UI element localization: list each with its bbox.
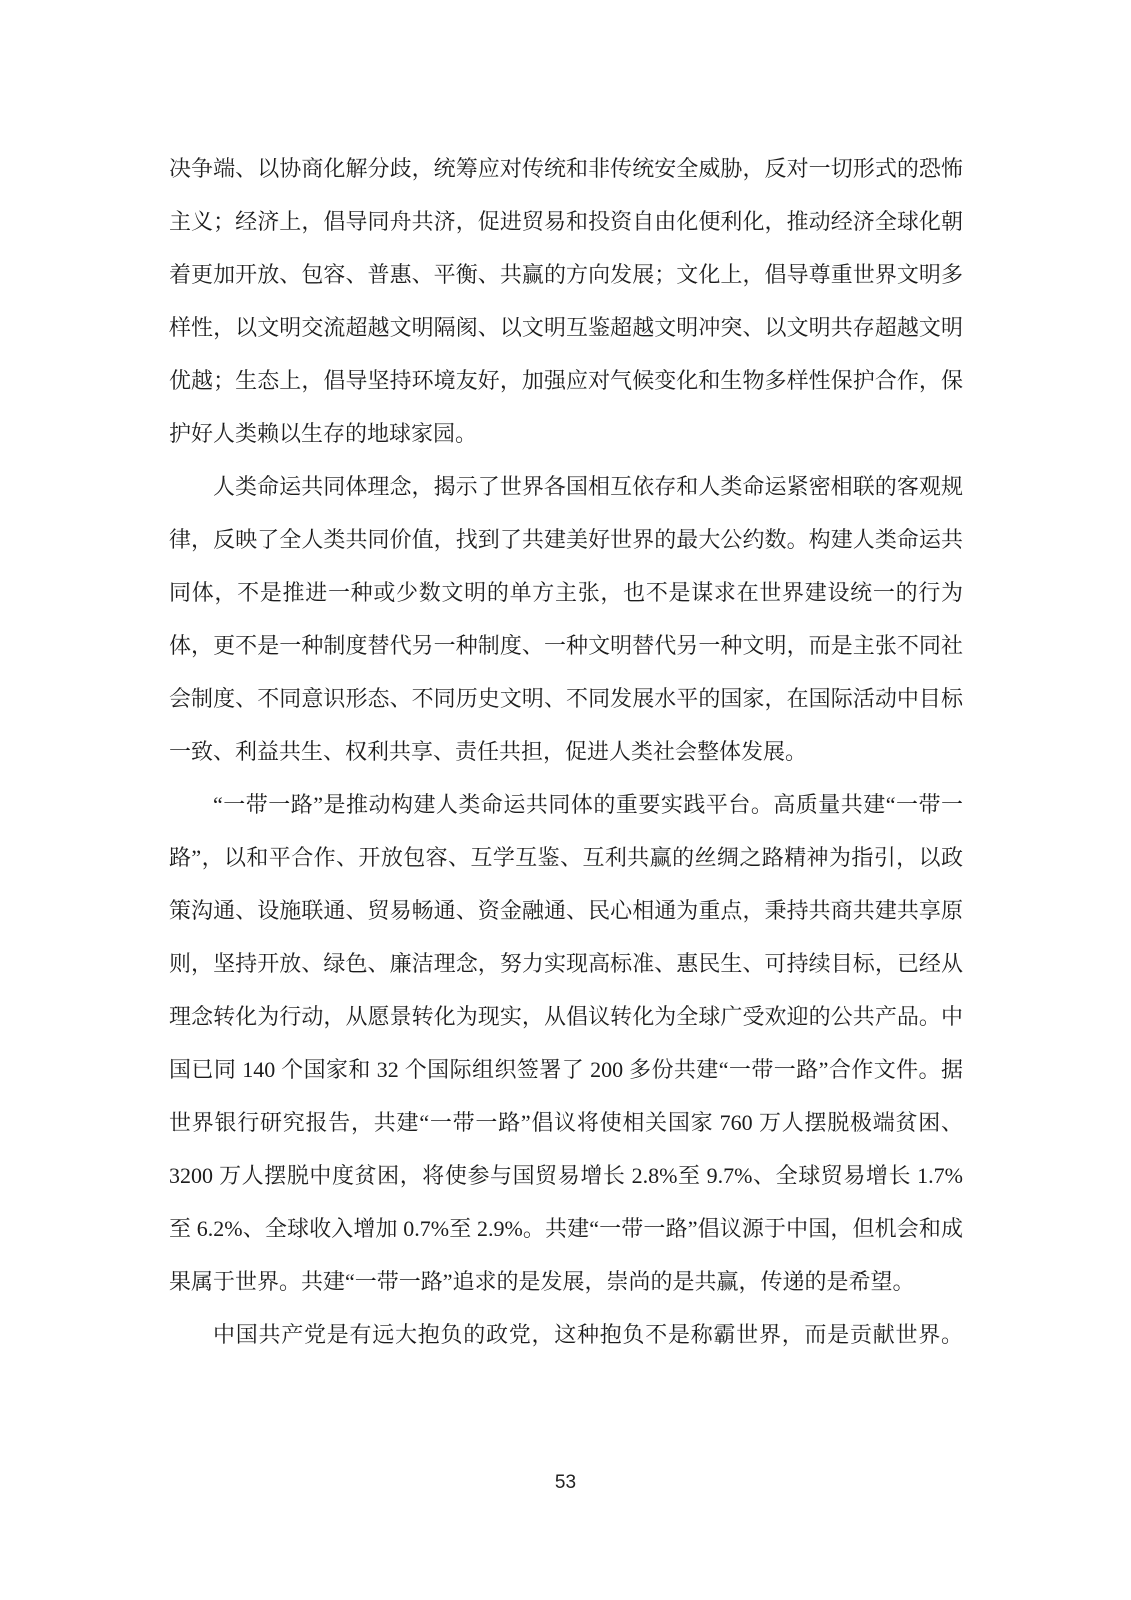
page-body: 决争端、以协商化解分歧，统筹应对传统和非传统安全威胁，反对一切形式的恐怖主义；经… [169, 142, 963, 1361]
paragraph-shared-future-concept: 人类命运共同体理念，揭示了世界各国相互依存和人类命运紧密相联的客观规律，反映了全… [169, 460, 963, 778]
page-number: 53 [0, 1472, 1131, 1494]
paragraph-continuation: 决争端、以协商化解分歧，统筹应对传统和非传统安全威胁，反对一切形式的恐怖主义；经… [169, 142, 963, 460]
document-page: 决争端、以协商化解分歧，统筹应对传统和非传统安全威胁，反对一切形式的恐怖主义；经… [0, 0, 1131, 1600]
paragraph-belt-and-road: “一带一路”是推动构建人类命运共同体的重要实践平台。高质量共建“一带一路”，以和… [169, 778, 963, 1308]
paragraph-cpc-ambition: 中国共产党是有远大抱负的政党，这种抱负不是称霸世界，而是贡献世界。 [169, 1308, 963, 1361]
